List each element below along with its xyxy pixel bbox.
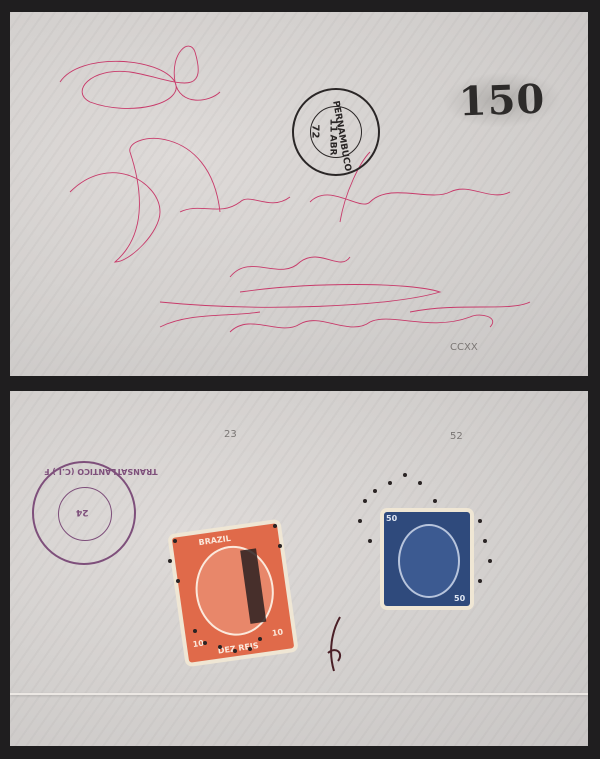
postmark-day: 11	[327, 119, 338, 133]
cover-front: PERNAMBUCO 11 ABR 72 150 CCXX	[10, 12, 588, 376]
back-marks	[10, 391, 588, 746]
postmark-month: ABR	[327, 135, 337, 156]
pernambuco-postmark: PERNAMBUCO 11 ABR 72	[292, 88, 380, 176]
postmark-year: 72	[309, 125, 320, 139]
cover-back: TRANSATLANTICO (C.I.) F 24 23 52 BRAZIL …	[10, 391, 588, 746]
pencil-note: CCXX	[450, 342, 478, 353]
rate-marking: 150	[441, 70, 563, 130]
manuscript-address	[10, 12, 588, 376]
